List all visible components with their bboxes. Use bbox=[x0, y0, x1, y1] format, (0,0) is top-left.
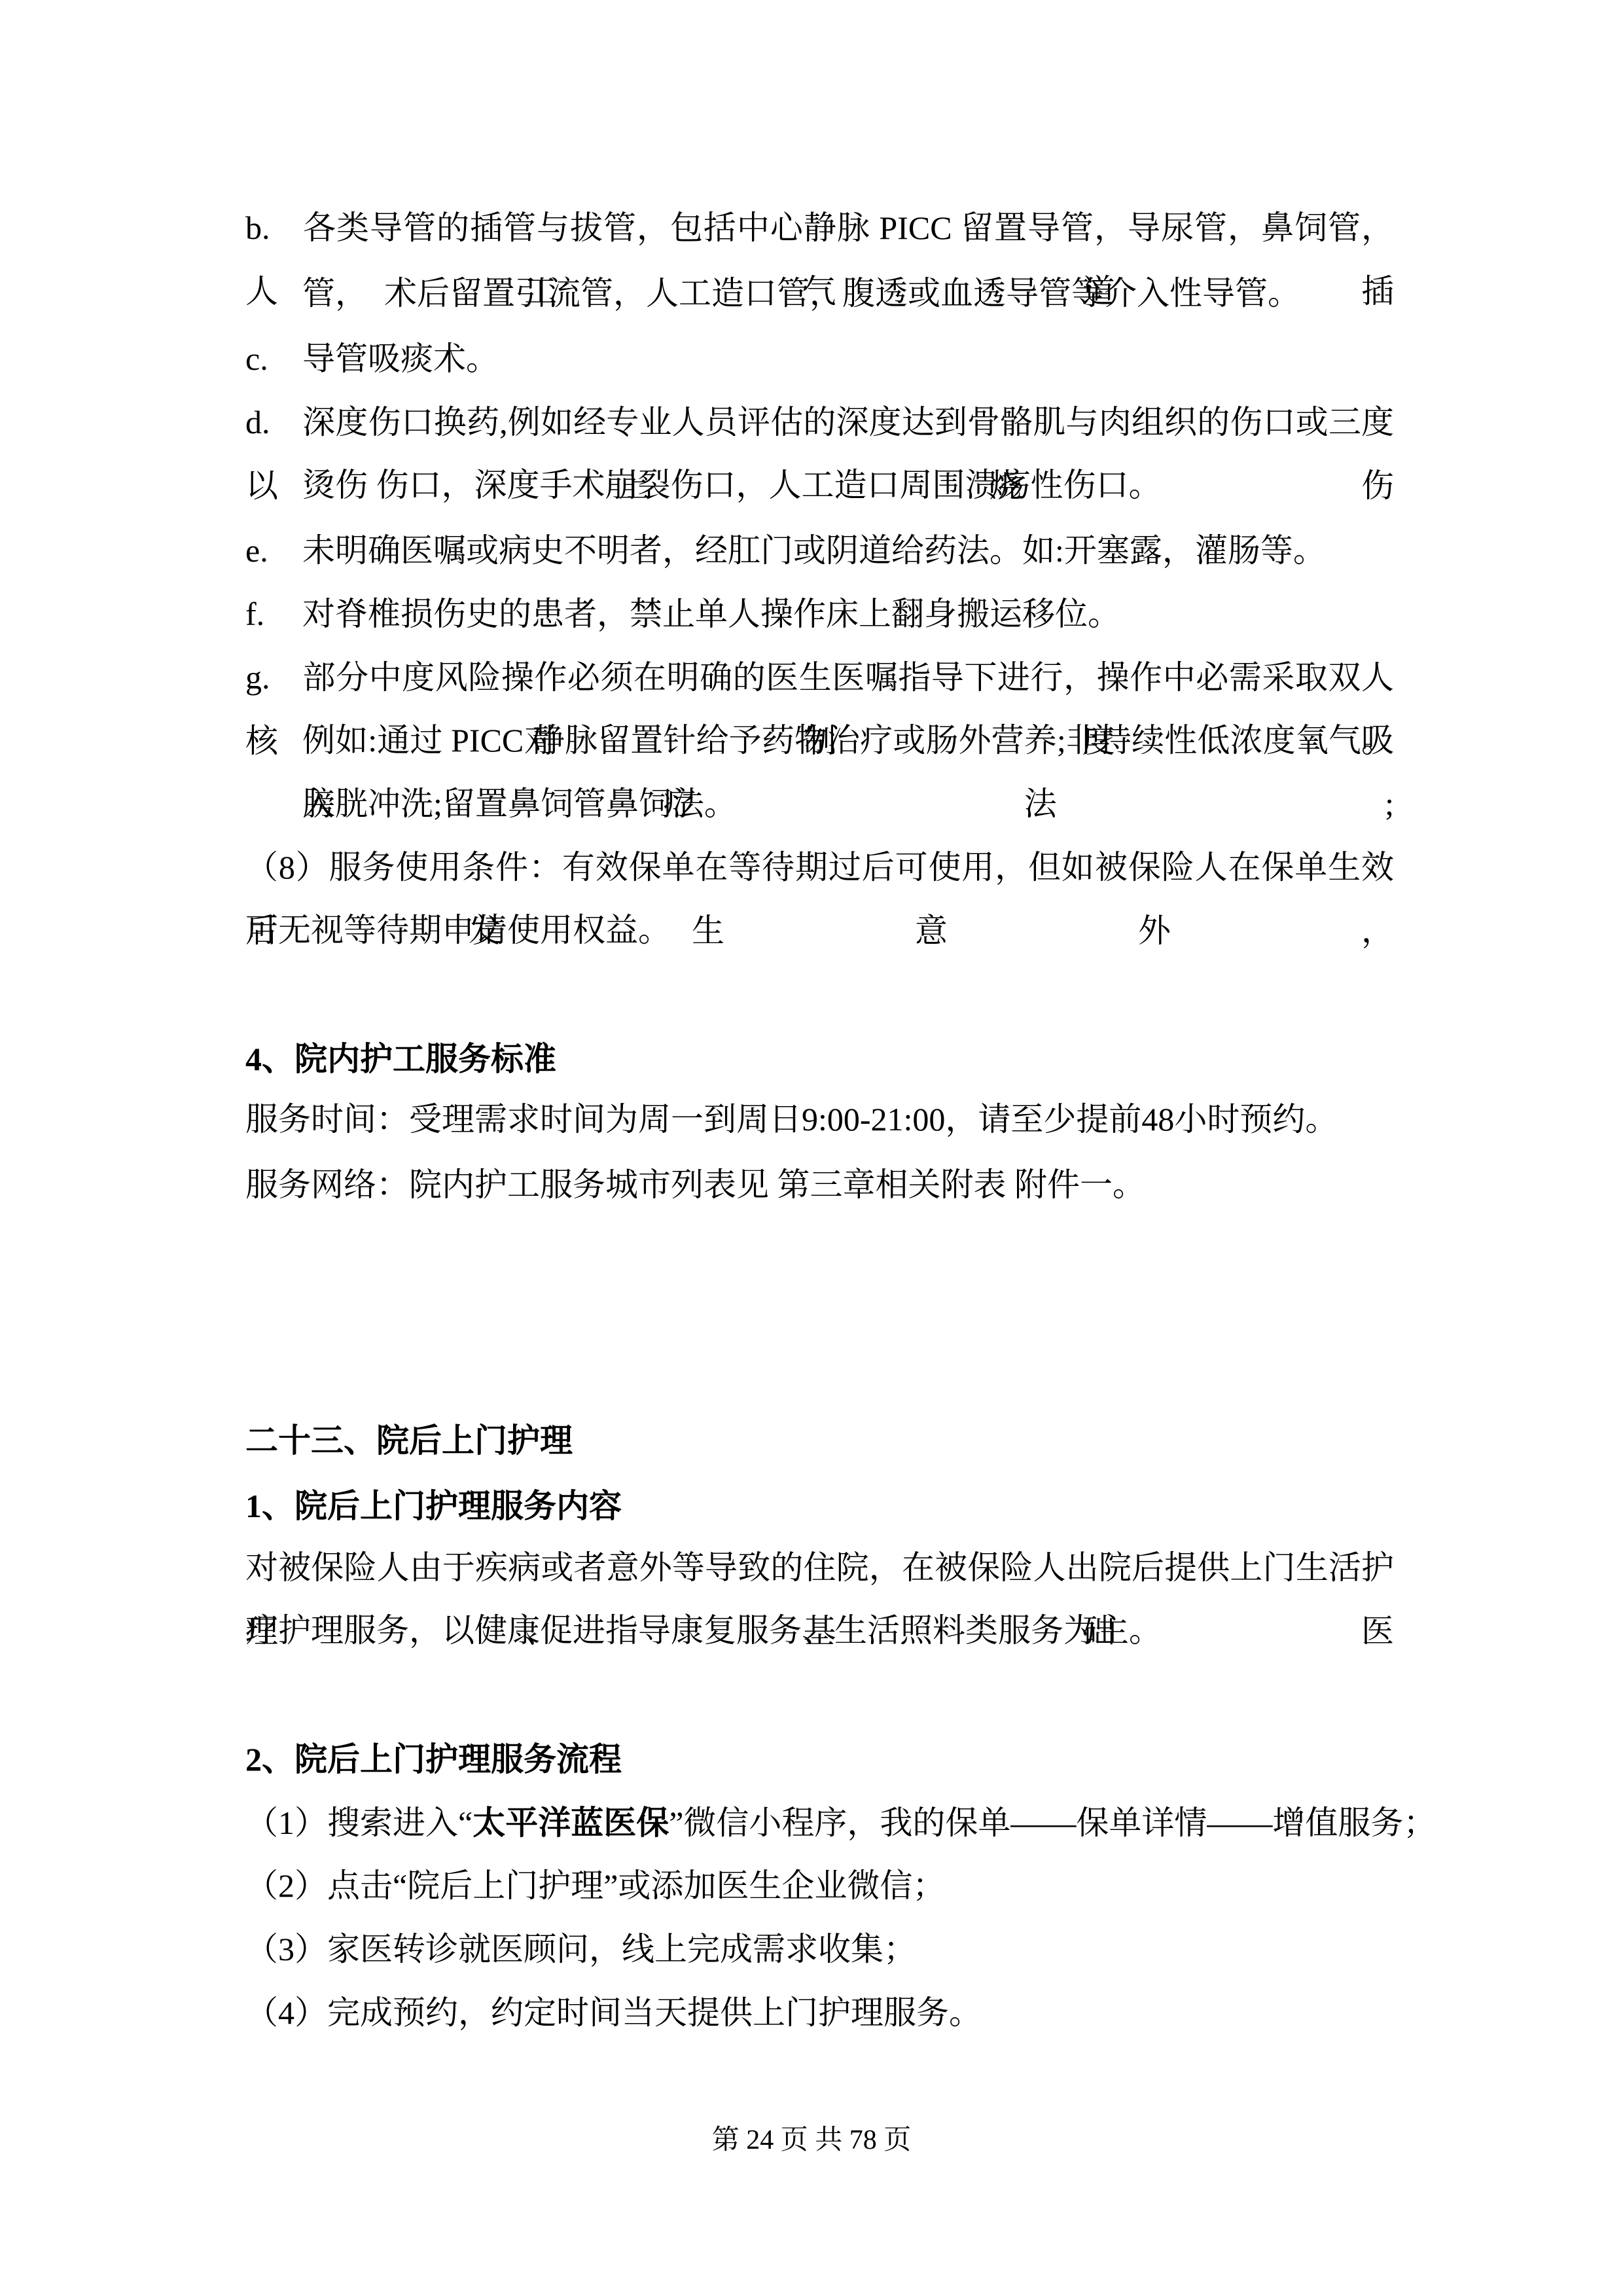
sub-23-1-line-1: 对被保险人由于疾病或者意外等导致的住院，在被保险人出院后提供上门生活护理、基础医 bbox=[245, 1536, 1394, 1600]
section-heading-4: 4、院内护工服务标准 bbox=[245, 1028, 1394, 1091]
list-item-c-line-1: c.导管吸痰术。 bbox=[245, 327, 1394, 391]
list-item-b-line-1: b.各类导管的插管与拔管，包括中心静脉 PICC 留置导管，导尿管，鼻饲管，人工… bbox=[245, 196, 1394, 260]
list-item-b-line-2: 管， 术后留置引流管，人工造口管，腹透或血透导管等介入性导管。 bbox=[245, 262, 1394, 325]
step-1-prefix: （1）搜索进入“ bbox=[245, 1804, 473, 1841]
list-marker-e: e. bbox=[245, 519, 302, 583]
list-marker-b: b. bbox=[245, 196, 302, 260]
list-marker-g: g. bbox=[245, 646, 302, 709]
paragraph-8-line-2: 可无视等待期申请使用权益。 bbox=[245, 899, 1394, 962]
sub-23-1-line-2: 疗护理服务，以健康促进指导康复服务、生活照料类服务为主。 bbox=[245, 1599, 1394, 1662]
list-marker-f: f. bbox=[245, 583, 302, 646]
step-2-line: （2）点击“院后上门护理”或添加医生企业微信； bbox=[245, 1854, 1394, 1918]
list-marker-c: c. bbox=[245, 327, 302, 391]
list-item-e-text: 未明确医嘱或病史不明者，经肛门或阴道给药法。如:开塞露，灌肠等。 bbox=[302, 532, 1326, 569]
service-network-line: 服务网络：院内护工服务城市列表见 第三章相关附表 附件一。 bbox=[245, 1153, 1394, 1217]
list-item-d-line-2: 烫伤 伤口，深度手术崩裂伤口，人工造口周围溃疡性伤口。 bbox=[245, 454, 1394, 517]
list-item-d-line-1: d.深度伤口换药,例如经专业人员评估的深度达到骨骼肌与肉组织的伤口或三度以上烧伤 bbox=[245, 391, 1394, 454]
step-1-suffix: ”微信小程序，我的保单——保单详情——增值服务； bbox=[669, 1804, 1436, 1841]
step-3-line: （3）家医转诊就医顾问，线上完成需求收集； bbox=[245, 1918, 1394, 1981]
step-1-brand-bold: 太平洋蓝医保 bbox=[473, 1804, 669, 1841]
step-4-line: （4）完成预约，约定时间当天提供上门护理服务。 bbox=[245, 1981, 1394, 2045]
chapter-heading-23: 二十三、院后上门护理 bbox=[245, 1409, 1394, 1473]
document-page: b.各类导管的插管与拔管，包括中心静脉 PICC 留置导管，导尿管，鼻饲管，人工… bbox=[0, 0, 1623, 2296]
list-item-e-line-1: e.未明确医嘱或病史不明者，经肛门或阴道给药法。如:开塞露，灌肠等。 bbox=[245, 519, 1394, 583]
step-1-line: （1）搜索进入“太平洋蓝医保”微信小程序，我的保单——保单详情——增值服务； bbox=[245, 1791, 1394, 1855]
list-item-f-line-1: f.对脊椎损伤史的患者，禁止单人操作床上翻身搬运移位。 bbox=[245, 583, 1394, 646]
list-marker-d: d. bbox=[245, 391, 302, 454]
paragraph-8-line-1: （8）服务使用条件：有效保单在等待期过后可使用，但如被保险人在保单生效后发生意外… bbox=[245, 836, 1394, 899]
service-time-line: 服务时间：受理需求时间为周一到周日9:00-21:00，请至少提前48小时预约。 bbox=[245, 1088, 1394, 1151]
page-footer: 第 24 页 共 78 页 bbox=[0, 2121, 1623, 2160]
sub-heading-23-1: 1、院后上门护理服务内容 bbox=[245, 1475, 1394, 1538]
sub-heading-23-2: 2、院后上门护理服务流程 bbox=[245, 1728, 1394, 1791]
list-item-g-line-2: 例如:通过 PICC 静脉留置针给予药物治疗或肠外营养;非持续性低浓度氧气吸入疗… bbox=[245, 709, 1394, 772]
list-item-g-line-3: 膀胱冲洗;留置鼻饲管鼻饲法。 bbox=[245, 772, 1394, 836]
list-item-c-text: 导管吸痰术。 bbox=[302, 340, 499, 377]
list-item-f-text: 对脊椎损伤史的患者，禁止单人操作床上翻身搬运移位。 bbox=[302, 596, 1120, 632]
list-item-g-line-1: g.部分中度风险操作必须在明确的医生医嘱指导下进行，操作中必需采取双人核对制度。 bbox=[245, 646, 1394, 709]
